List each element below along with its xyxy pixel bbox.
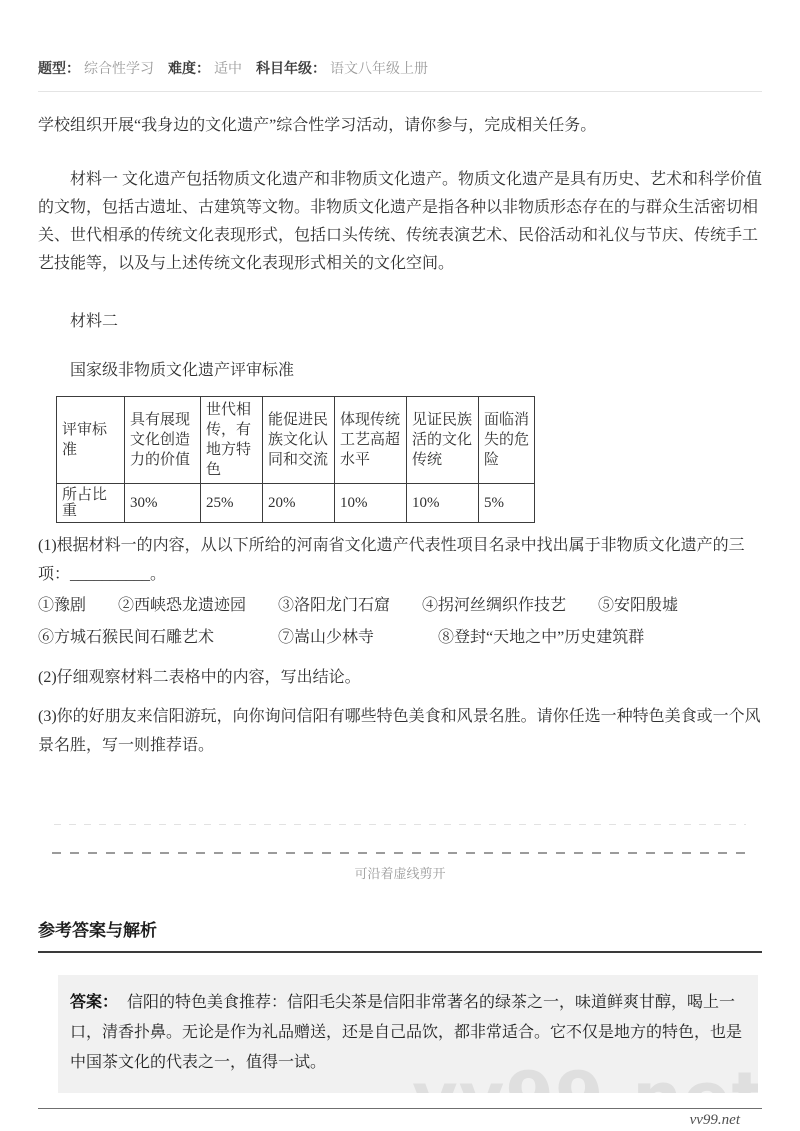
table-cell: 见证民族活的文化传统 bbox=[407, 397, 479, 484]
meta-label-grade: 科目年级： bbox=[256, 58, 326, 78]
answer-paragraph: 答案：信阳的特色美食推荐：信阳毛尖茶是信阳非常著名的绿茶之一，味道鲜爽甘醇，喝上… bbox=[70, 988, 742, 1078]
criteria-table: 评审标准 具有展现文化创造力的价值 世代相传，有地方特色 能促进民族文化认同和交… bbox=[56, 396, 535, 523]
criteria-table-title: 国家级非物质文化遗产评审标准 bbox=[38, 357, 762, 380]
table-cell: 所占比重 bbox=[57, 484, 125, 523]
table-cell: 世代相传，有地方特色 bbox=[201, 397, 263, 484]
table-cell: 10% bbox=[335, 484, 407, 523]
table-cell: 体现传统工艺高超水平 bbox=[335, 397, 407, 484]
table-cell: 能促进民族文化认同和交流 bbox=[263, 397, 335, 484]
question-3: (3)你的好朋友来信阳游玩，向你询问信阳有哪些特色美食和风景名胜。请你任选一种特… bbox=[38, 702, 762, 760]
question-1: (1)根据材料一的内容，从以下所给的河南省文化遗产代表性项目名录中找出属于非物质… bbox=[38, 531, 762, 589]
worksheet-page: 题型： 综合性学习 难度： 适中 科目年级： 语文八年级上册 学校组织开展“我身… bbox=[0, 0, 800, 1131]
answer-text: 信阳的特色美食推荐：信阳毛尖茶是信阳非常著名的绿茶之一，味道鲜爽甘醇，喝上一口，… bbox=[70, 994, 742, 1071]
options-line-1: ①豫剧 ②西峡恐龙遗迹园 ③洛阳龙门石窟 ④拐河丝绸织作技艺 ⑤安阳殷墟 bbox=[38, 591, 762, 621]
footer-site-label: vv99.net bbox=[38, 1112, 762, 1129]
table-cell: 30% bbox=[125, 484, 201, 523]
question-intro: 学校组织开展“我身边的文化遗产”综合性学习活动，请你参与，完成相关任务。 bbox=[38, 112, 762, 140]
material-2-label: 材料二 bbox=[38, 308, 762, 331]
answer-section-heading: 参考答案与解析 bbox=[38, 916, 762, 953]
cut-line-light bbox=[54, 824, 746, 825]
options-line-2: ⑥方城石猴民间石雕艺术 ⑦嵩山少林寺 ⑧登封“天地之中”历史建筑群 bbox=[38, 623, 762, 653]
table-cell: 具有展现文化创造力的价值 bbox=[125, 397, 201, 484]
meta-value-grade: 语文八年级上册 bbox=[330, 58, 428, 78]
table-cell: 评审标准 bbox=[57, 397, 125, 484]
table-row-criteria: 评审标准 具有展现文化创造力的价值 世代相传，有地方特色 能促进民族文化认同和交… bbox=[57, 397, 535, 484]
table-cell: 5% bbox=[479, 484, 535, 523]
table-cell: 25% bbox=[201, 484, 263, 523]
doc-meta-header: 题型： 综合性学习 难度： 适中 科目年级： 语文八年级上册 bbox=[38, 0, 762, 92]
material-1-paragraph: 材料一 文化遗产包括物质文化遗产和非物质文化遗产。物质文化遗产是具有历史、艺术和… bbox=[38, 166, 762, 278]
table-cell: 面临消失的危险 bbox=[479, 397, 535, 484]
meta-value-type: 综合性学习 bbox=[84, 58, 154, 78]
question-2: (2)仔细观察材料二表格中的内容，写出结论。 bbox=[38, 663, 762, 692]
answer-label: 答案： bbox=[70, 994, 118, 1011]
cut-line-label: 可沿着虚线剪开 bbox=[38, 863, 762, 882]
answer-box: vv99.net 答案：信阳的特色美食推荐：信阳毛尖茶是信阳非常著名的绿茶之一，… bbox=[58, 975, 758, 1093]
meta-value-difficulty: 适中 bbox=[214, 58, 242, 78]
footer-divider bbox=[38, 1108, 762, 1109]
meta-label-difficulty: 难度： bbox=[168, 58, 210, 78]
table-cell: 20% bbox=[263, 484, 335, 523]
watermark-text: vv99.net bbox=[412, 1083, 758, 1093]
table-row-weights: 所占比重 30% 25% 20% 10% 10% 5% bbox=[57, 484, 535, 523]
table-cell: 10% bbox=[407, 484, 479, 523]
meta-label-type: 题型： bbox=[38, 58, 80, 78]
cut-line-dashed bbox=[52, 852, 750, 854]
